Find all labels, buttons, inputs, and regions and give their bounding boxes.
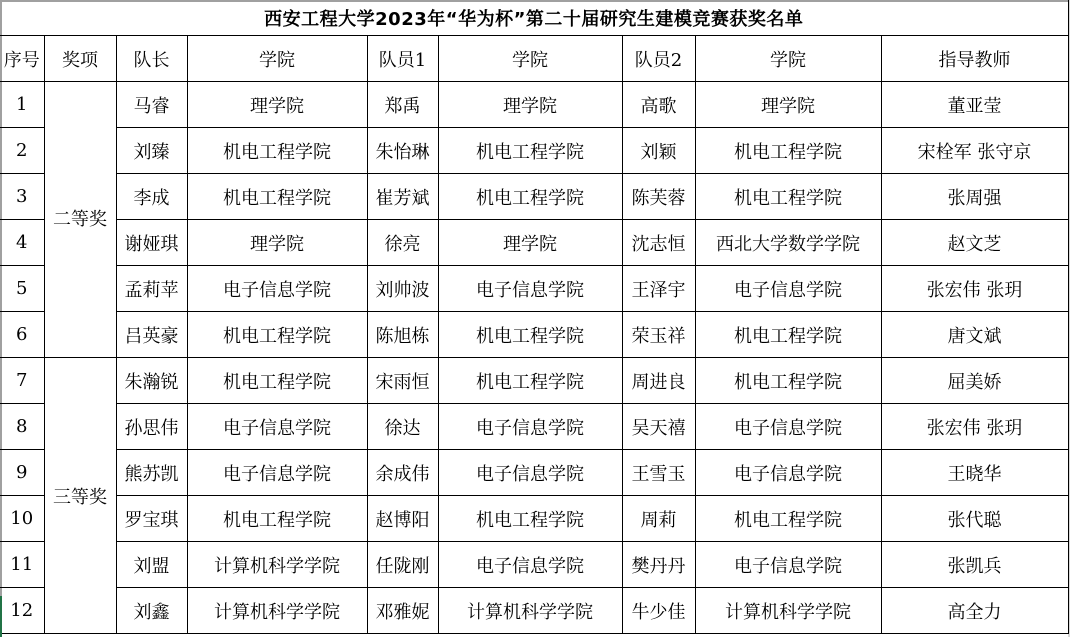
advisor-cell[interactable]: 唐文斌 — [881, 312, 1068, 358]
table-row: 11刘盟计算机科学学院任陇刚电子信息学院樊丹丹电子信息学院张凯兵 — [0, 542, 1068, 588]
header-member1-college[interactable]: 学院 — [438, 36, 622, 82]
award-cell[interactable]: 三等奖 — [44, 358, 116, 634]
member1-college-cell[interactable]: 理学院 — [438, 220, 622, 266]
award-label: 三等奖 — [53, 483, 107, 509]
member1-college-cell[interactable]: 电子信息学院 — [438, 450, 622, 496]
member1-college-cell[interactable]: 理学院 — [438, 82, 622, 128]
index-cell[interactable]: 2 — [0, 128, 44, 174]
advisor-cell[interactable]: 张凯兵 — [881, 542, 1068, 588]
captain-college-cell[interactable]: 机电工程学院 — [187, 496, 367, 542]
table-row: 12刘鑫计算机科学学院邓雅妮计算机科学学院牛少佳计算机科学学院高全力 — [0, 588, 1068, 634]
member1-cell[interactable]: 任陇刚 — [367, 542, 438, 588]
member2-cell[interactable]: 王雪玉 — [622, 450, 695, 496]
member2-college-cell[interactable]: 机电工程学院 — [695, 174, 881, 220]
index-cell[interactable]: 5 — [0, 266, 44, 312]
captain-cell[interactable]: 朱瀚锐 — [116, 358, 187, 404]
member1-college-cell[interactable]: 机电工程学院 — [438, 358, 622, 404]
member1-college-cell[interactable]: 电子信息学院 — [438, 542, 622, 588]
captain-cell[interactable]: 李成 — [116, 174, 187, 220]
table-row: 4谢娅琪理学院徐亮理学院沈志恒西北大学数学学院赵文芝 — [0, 220, 1068, 266]
header-member2[interactable]: 队员2 — [622, 36, 695, 82]
member2-cell[interactable]: 刘颖 — [622, 128, 695, 174]
member1-cell[interactable]: 陈旭栋 — [367, 312, 438, 358]
award-table: 西安工程大学2023年“华为杯”第二十届研究生建模竞赛获奖名单 序号 奖项 队长… — [0, 0, 1069, 634]
header-advisor[interactable]: 指导教师 — [881, 36, 1068, 82]
index-cell[interactable]: 4 — [0, 220, 44, 266]
member2-cell[interactable]: 牛少佳 — [622, 588, 695, 634]
advisor-cell[interactable]: 高全力 — [881, 588, 1068, 634]
captain-college-cell[interactable]: 计算机科学学院 — [187, 588, 367, 634]
member1-cell[interactable]: 徐达 — [367, 404, 438, 450]
table-row: 10罗宝琪机电工程学院赵博阳机电工程学院周莉机电工程学院张代聪 — [0, 496, 1068, 542]
captain-college-cell[interactable]: 机电工程学院 — [187, 358, 367, 404]
table-row: 1二等奖马睿理学院郑禹理学院高歌理学院董亚莹 — [0, 82, 1068, 128]
captain-college-cell[interactable]: 电子信息学院 — [187, 404, 367, 450]
member1-college-cell[interactable]: 机电工程学院 — [438, 174, 622, 220]
index-cell[interactable]: 12 — [0, 588, 44, 634]
member2-college-cell[interactable]: 电子信息学院 — [695, 404, 881, 450]
advisor-cell[interactable]: 张周强 — [881, 174, 1068, 220]
header-captain[interactable]: 队长 — [116, 36, 187, 82]
captain-college-cell[interactable]: 理学院 — [187, 82, 367, 128]
advisor-cell[interactable]: 王晓华 — [881, 450, 1068, 496]
advisor-cell[interactable]: 赵文芝 — [881, 220, 1068, 266]
member2-cell[interactable]: 陈芙蓉 — [622, 174, 695, 220]
member1-college-cell[interactable]: 电子信息学院 — [438, 266, 622, 312]
member1-cell[interactable]: 徐亮 — [367, 220, 438, 266]
captain-college-cell[interactable]: 电子信息学院 — [187, 266, 367, 312]
index-cell[interactable]: 7 — [0, 358, 44, 404]
award-cell[interactable]: 二等奖 — [44, 82, 116, 358]
captain-cell[interactable]: 熊苏凯 — [116, 450, 187, 496]
member2-college-cell[interactable]: 机电工程学院 — [695, 496, 881, 542]
member2-college-cell[interactable]: 电子信息学院 — [695, 266, 881, 312]
table-row: 2刘臻机电工程学院朱怡琳机电工程学院刘颖机电工程学院宋栓军 张守京 — [0, 128, 1068, 174]
member1-cell[interactable]: 宋雨恒 — [367, 358, 438, 404]
advisor-cell[interactable]: 张代聪 — [881, 496, 1068, 542]
member1-cell[interactable]: 朱怡琳 — [367, 128, 438, 174]
captain-college-cell[interactable]: 理学院 — [187, 220, 367, 266]
header-index[interactable]: 序号 — [0, 36, 44, 82]
member2-college-cell[interactable]: 机电工程学院 — [695, 312, 881, 358]
index-cell[interactable]: 8 — [0, 404, 44, 450]
member1-cell[interactable]: 郑禹 — [367, 82, 438, 128]
member2-cell[interactable]: 沈志恒 — [622, 220, 695, 266]
advisor-cell[interactable]: 董亚莹 — [881, 82, 1068, 128]
member2-college-cell[interactable]: 计算机科学学院 — [695, 588, 881, 634]
captain-cell[interactable]: 谢娅琪 — [116, 220, 187, 266]
advisor-cell[interactable]: 张宏伟 张玥 — [881, 404, 1068, 450]
captain-cell[interactable]: 刘鑫 — [116, 588, 187, 634]
captain-cell[interactable]: 孙思伟 — [116, 404, 187, 450]
index-cell[interactable]: 6 — [0, 312, 44, 358]
advisor-cell[interactable]: 张宏伟 张玥 — [881, 266, 1068, 312]
table-title[interactable]: 西安工程大学2023年“华为杯”第二十届研究生建模竞赛获奖名单 — [0, 0, 1068, 36]
header-captain-college[interactable]: 学院 — [187, 36, 367, 82]
member2-cell[interactable]: 樊丹丹 — [622, 542, 695, 588]
member1-cell[interactable]: 赵博阳 — [367, 496, 438, 542]
captain-college-cell[interactable]: 计算机科学学院 — [187, 542, 367, 588]
captain-cell[interactable]: 刘臻 — [116, 128, 187, 174]
member1-cell[interactable]: 邓雅妮 — [367, 588, 438, 634]
member2-cell[interactable]: 荣玉祥 — [622, 312, 695, 358]
member2-cell[interactable]: 高歌 — [622, 82, 695, 128]
member2-college-cell[interactable]: 电子信息学院 — [695, 542, 881, 588]
active-row-marker — [0, 596, 2, 637]
captain-cell[interactable]: 刘盟 — [116, 542, 187, 588]
advisor-cell[interactable]: 宋栓军 张守京 — [881, 128, 1068, 174]
table-row: 8孙思伟电子信息学院徐达电子信息学院吴天禧电子信息学院张宏伟 张玥 — [0, 404, 1068, 450]
header-member1[interactable]: 队员1 — [367, 36, 438, 82]
member2-college-cell[interactable]: 机电工程学院 — [695, 358, 881, 404]
member2-college-cell[interactable]: 西北大学数学学院 — [695, 220, 881, 266]
advisor-cell[interactable]: 屈美娇 — [881, 358, 1068, 404]
header-member2-college[interactable]: 学院 — [695, 36, 881, 82]
captain-cell[interactable]: 孟莉苹 — [116, 266, 187, 312]
table-row: 6吕英豪机电工程学院陈旭栋机电工程学院荣玉祥机电工程学院唐文斌 — [0, 312, 1068, 358]
header-row: 序号 奖项 队长 学院 队员1 学院 队员2 学院 指导教师 — [0, 36, 1068, 82]
header-award[interactable]: 奖项 — [44, 36, 116, 82]
member2-college-cell[interactable]: 电子信息学院 — [695, 450, 881, 496]
table-row: 5孟莉苹电子信息学院刘帅波电子信息学院王泽宇电子信息学院张宏伟 张玥 — [0, 266, 1068, 312]
captain-cell[interactable]: 罗宝琪 — [116, 496, 187, 542]
member1-college-cell[interactable]: 计算机科学学院 — [438, 588, 622, 634]
member2-cell[interactable]: 吴天禧 — [622, 404, 695, 450]
member1-college-cell[interactable]: 机电工程学院 — [438, 128, 622, 174]
member2-college-cell[interactable]: 机电工程学院 — [695, 128, 881, 174]
member2-cell[interactable]: 王泽宇 — [622, 266, 695, 312]
table-row: 3李成机电工程学院崔芳斌机电工程学院陈芙蓉机电工程学院张周强 — [0, 174, 1068, 220]
member1-college-cell[interactable]: 电子信息学院 — [438, 404, 622, 450]
member1-college-cell[interactable]: 机电工程学院 — [438, 312, 622, 358]
index-cell[interactable]: 9 — [0, 450, 44, 496]
index-cell[interactable]: 10 — [0, 496, 44, 542]
title-row: 西安工程大学2023年“华为杯”第二十届研究生建模竞赛获奖名单 — [0, 0, 1068, 36]
award-label: 二等奖 — [53, 205, 107, 231]
member1-cell[interactable]: 崔芳斌 — [367, 174, 438, 220]
captain-college-cell[interactable]: 电子信息学院 — [187, 450, 367, 496]
captain-college-cell[interactable]: 机电工程学院 — [187, 312, 367, 358]
member2-college-cell[interactable]: 理学院 — [695, 82, 881, 128]
member2-cell[interactable]: 周莉 — [622, 496, 695, 542]
captain-cell[interactable]: 马睿 — [116, 82, 187, 128]
index-cell[interactable]: 11 — [0, 542, 44, 588]
member1-cell[interactable]: 刘帅波 — [367, 266, 438, 312]
captain-cell[interactable]: 吕英豪 — [116, 312, 187, 358]
index-cell[interactable]: 1 — [0, 82, 44, 128]
member1-cell[interactable]: 余成伟 — [367, 450, 438, 496]
captain-college-cell[interactable]: 机电工程学院 — [187, 174, 367, 220]
table-row: 9熊苏凯电子信息学院余成伟电子信息学院王雪玉电子信息学院王晓华 — [0, 450, 1068, 496]
member2-cell[interactable]: 周进良 — [622, 358, 695, 404]
member1-college-cell[interactable]: 机电工程学院 — [438, 496, 622, 542]
table-row: 7三等奖朱瀚锐机电工程学院宋雨恒机电工程学院周进良机电工程学院屈美娇 — [0, 358, 1068, 404]
captain-college-cell[interactable]: 机电工程学院 — [187, 128, 367, 174]
index-cell[interactable]: 3 — [0, 174, 44, 220]
